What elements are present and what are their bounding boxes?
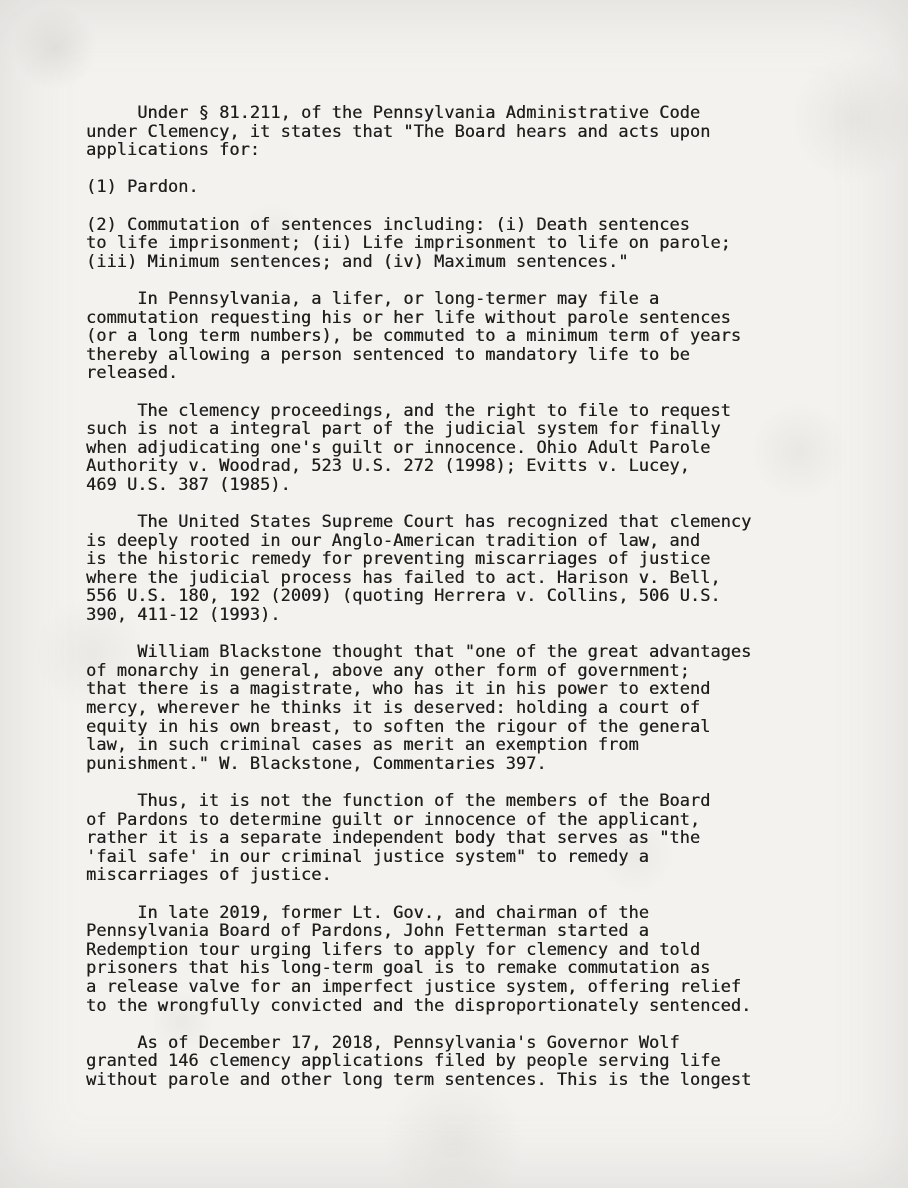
- document-page: Under § 81.211, of the Pennsylvania Admi…: [0, 0, 908, 1188]
- document-body: Under § 81.211, of the Pennsylvania Admi…: [86, 104, 858, 1108]
- paragraph: William Blackstone thought that "one of …: [86, 643, 858, 773]
- paragraph: (1) Pardon.: [86, 178, 858, 197]
- paragraph: The United States Supreme Court has reco…: [86, 513, 858, 625]
- paragraph: The clemency proceedings, and the right …: [86, 402, 858, 495]
- paragraph: In late 2019, former Lt. Gov., and chair…: [86, 904, 858, 1016]
- paragraph: In Pennsylvania, a lifer, or long-termer…: [86, 290, 858, 383]
- paragraph: As of December 17, 2018, Pennsylvania's …: [86, 1034, 858, 1090]
- paragraph: Thus, it is not the function of the memb…: [86, 792, 858, 885]
- paragraph: Under § 81.211, of the Pennsylvania Admi…: [86, 104, 858, 160]
- paragraph: (2) Commutation of sentences including: …: [86, 216, 858, 272]
